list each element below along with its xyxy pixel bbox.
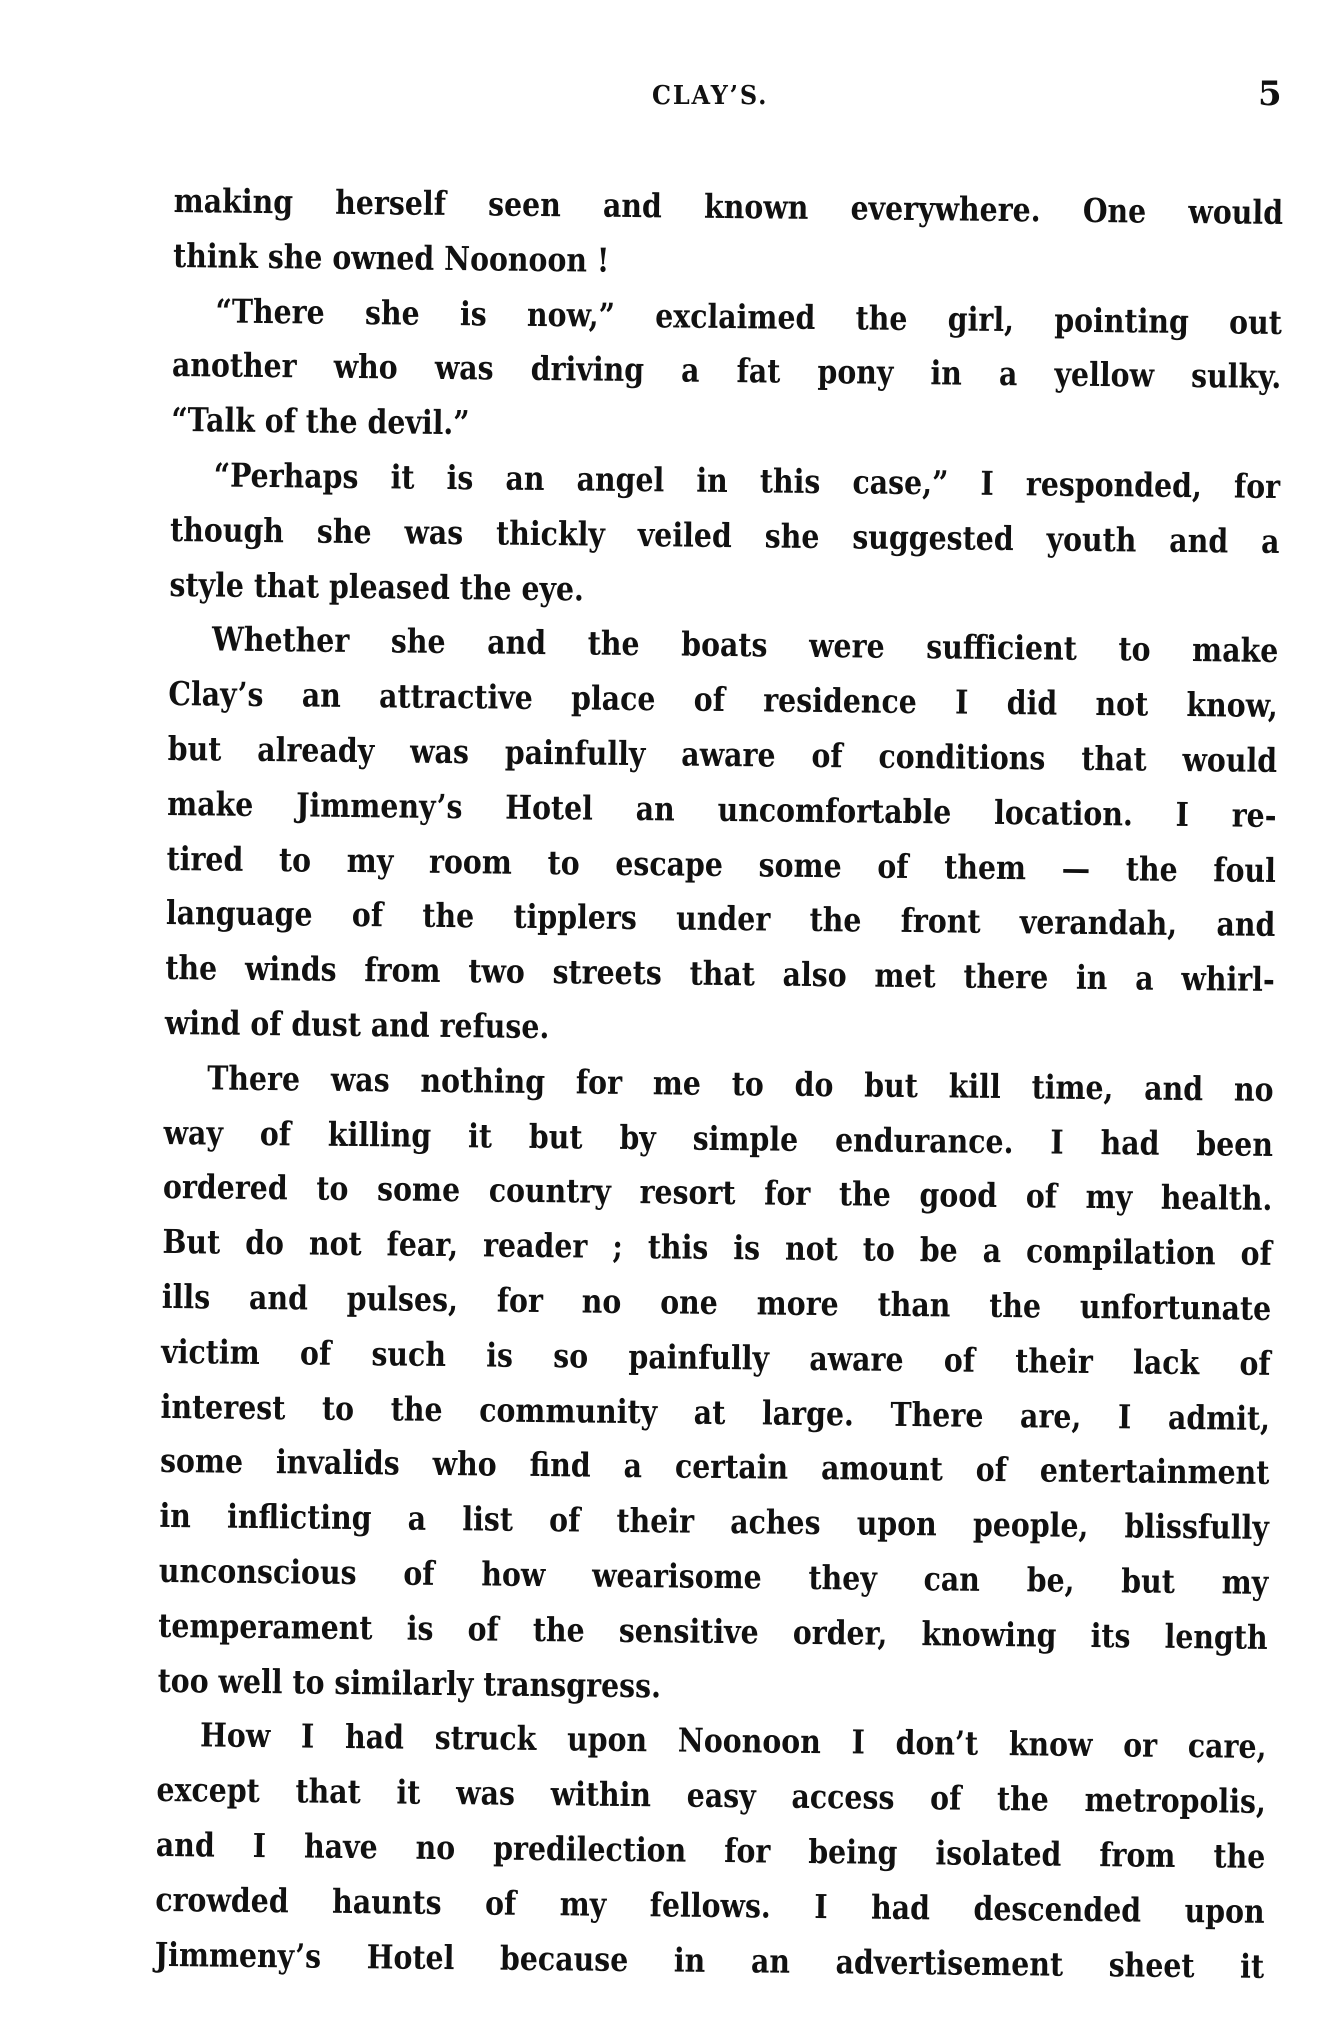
body-text: making herself seen and known everywhere… [154, 174, 1284, 1994]
running-head-title: CLAY’S. [652, 78, 768, 114]
paragraph: “Perhaps it is an angel in this case,” I… [169, 448, 1281, 624]
paragraph: There was nothing for me to do but kill … [157, 1051, 1274, 1721]
paragraph: “There she is now,” exclaimed the girl, … [171, 284, 1283, 460]
book-page: CLAY’S. 5 making herself seen and known … [0, 0, 1342, 2031]
paragraph: Whether she and the boats were sufficien… [165, 612, 1280, 1062]
paragraph: making herself seen and known everywhere… [173, 174, 1284, 296]
text-line: Jimmeny’s Hotel because in an advertisem… [154, 1927, 1264, 1994]
page-number: 5 [1258, 74, 1282, 114]
paragraph: How I had struck upon Noonoon I don’t kn… [154, 1708, 1267, 1994]
